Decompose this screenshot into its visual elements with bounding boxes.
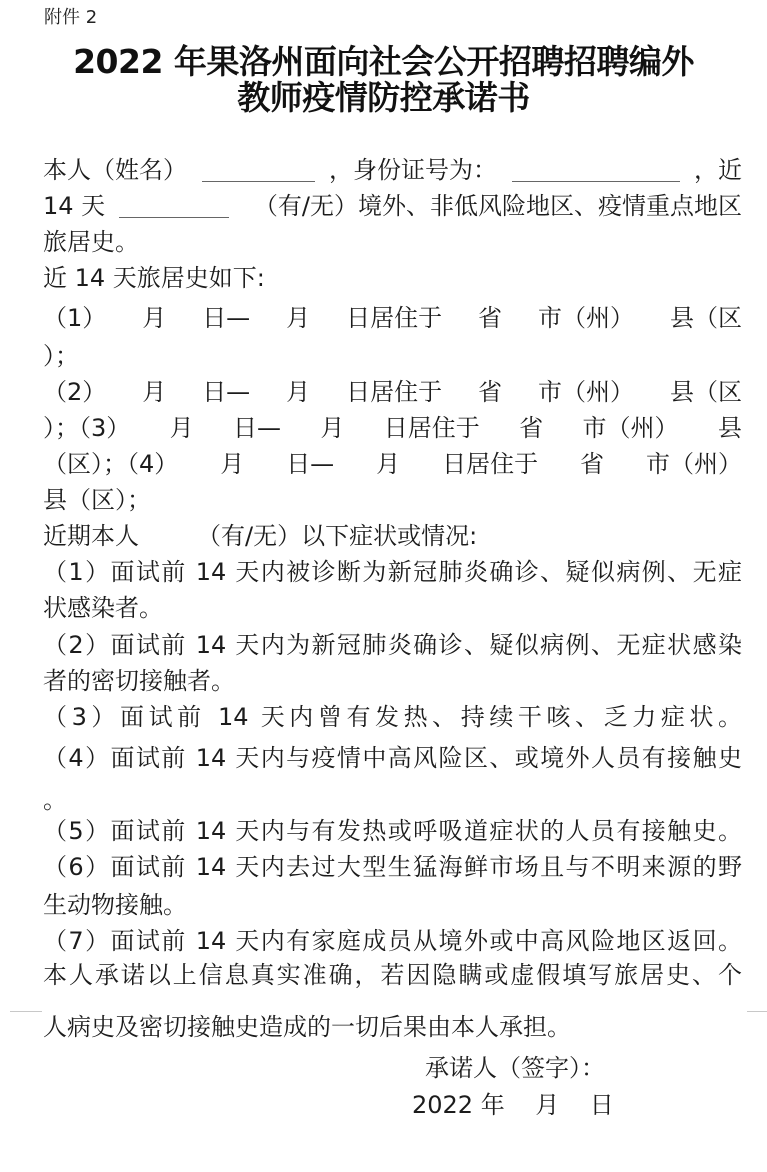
travel-text: （有/无）境外、非低风险地区、疫情重点地区 (254, 188, 742, 224)
month-label: 月 (142, 300, 166, 336)
signature-date: 2022 年 月 日 (412, 1087, 614, 1123)
intro-line-3: 旅居史。 (43, 224, 742, 260)
day-label: 日— (202, 300, 250, 336)
name-blank[interactable] (202, 159, 315, 182)
intro-line-name-id: 本人（姓名） ，身份证号为： ，近 (43, 152, 742, 188)
travel-row-2: （2） 月 日— 月 日居住于 省 市（州） 县（区 (43, 374, 742, 410)
document-title-line-1: 2022 年果洛州面向社会公开招聘招聘编外 (0, 44, 767, 80)
travel-row-4-end: 县（区）； (43, 482, 742, 518)
month-label: 月 (320, 410, 344, 446)
symptom-item-6: （6）面试前 14 天内去过大型生猛海鲜市场且与不明来源的野 (43, 849, 742, 885)
month-label: 月 (170, 410, 194, 446)
travel-history-heading: 近 14 天旅居史如下: (43, 260, 742, 296)
travel-yes-no-blank[interactable] (119, 195, 229, 218)
symptom-item-2-cont: 者的密切接触者。 (43, 663, 742, 699)
signature-label: 承诺人（签字）： (425, 1050, 605, 1086)
month-label: 月 (142, 374, 166, 410)
id-number-blank[interactable] (512, 159, 680, 182)
symptoms-header-label: 近期本人 (43, 522, 139, 550)
name-label: 本人（姓名） (43, 152, 187, 188)
intro-text: ，近 (694, 152, 742, 188)
travel-row-1: （1） 月 日— 月 日居住于 省 市（州） 县（区 (43, 300, 742, 336)
city-label: 市（州） (583, 410, 679, 446)
day-label: 日— (202, 374, 250, 410)
month-label: 月 (286, 374, 310, 410)
symptom-item-7: （7）面试前 14 天内有家庭成员从境外或中高风险地区返回。 (43, 923, 742, 959)
month-label: 月 (376, 446, 400, 482)
symptoms-header: 近期本人（有/无）以下症状或情况: (43, 518, 742, 554)
province-label: 省 (478, 374, 502, 410)
page-break-mark-left (10, 1011, 42, 1012)
travel-row-3: ）；（3） 月 日— 月 日居住于 省 市（州） 县 (43, 410, 742, 446)
symptom-item-5: （5）面试前 14 天内与有发热或呼吸道症状的人员有接触史。 (43, 813, 742, 849)
row-number: （1） (43, 300, 106, 336)
row-number: （区）；（4） (43, 446, 178, 482)
province-label: 省 (478, 300, 502, 336)
pledge-line-1: 本人承诺以上信息真实准确，若因隐瞒或虚假填写旅居史、个 (43, 957, 742, 993)
month-label: 月 (220, 446, 244, 482)
city-label: 市（州） (538, 300, 634, 336)
symptoms-header-text: （有/无）以下症状或情况: (197, 522, 477, 550)
attachment-label: 附件 2 (44, 6, 97, 30)
day-label: 日居住于 (346, 374, 442, 410)
day-label: 日居住于 (442, 446, 538, 482)
county-label: 县（区 (670, 300, 742, 336)
province-label: 省 (519, 410, 543, 446)
travel-row-4: （区）；（4） 月 日— 月 日居住于 省 市（州） (43, 446, 742, 482)
city-label: 市（州） (538, 374, 634, 410)
symptom-item-1: （1）面试前 14 天内被诊断为新冠肺炎确诊、疑似病例、无症 (43, 554, 742, 590)
row-number: ）；（3） (43, 410, 130, 446)
symptom-item-4: （4）面试前 14 天内与疫情中高风险区、或境外人员有接触史 (43, 740, 742, 776)
intro-line-travel: 14 天 （有/无）境外、非低风险地区、疫情重点地区 (43, 188, 742, 224)
day-label: 日居住于 (384, 410, 480, 446)
province-label: 省 (580, 446, 604, 482)
page-break-mark-right (747, 1011, 767, 1012)
city-label: 市（州） (646, 446, 742, 482)
symptom-item-1-cont: 状感染者。 (43, 590, 742, 626)
day-label: 日— (286, 446, 334, 482)
document-title-line-2: 教师疫情防控承诺书 (0, 80, 767, 116)
day-label: 日— (233, 410, 281, 446)
id-label: ，身份证号为： (329, 152, 497, 188)
symptom-item-2: （2）面试前 14 天内为新冠肺炎确诊、疑似病例、无症状感染 (43, 627, 742, 663)
month-label: 月 (286, 300, 310, 336)
row-number: （2） (43, 374, 106, 410)
travel-row-1-end: ）； (43, 338, 742, 374)
county-label: 县（区 (670, 374, 742, 410)
days-label: 14 天 (43, 188, 105, 224)
pledge-line-2: 人病史及密切接触史造成的一切后果由本人承担。 (43, 1009, 742, 1045)
symptom-item-3: （3）面试前 14 天内曾有发热、持续干咳、乏力症状。 (43, 699, 742, 735)
day-label: 日居住于 (346, 300, 442, 336)
symptom-item-6-cont: 生动物接触。 (43, 887, 742, 923)
county-label: 县 (718, 410, 742, 446)
